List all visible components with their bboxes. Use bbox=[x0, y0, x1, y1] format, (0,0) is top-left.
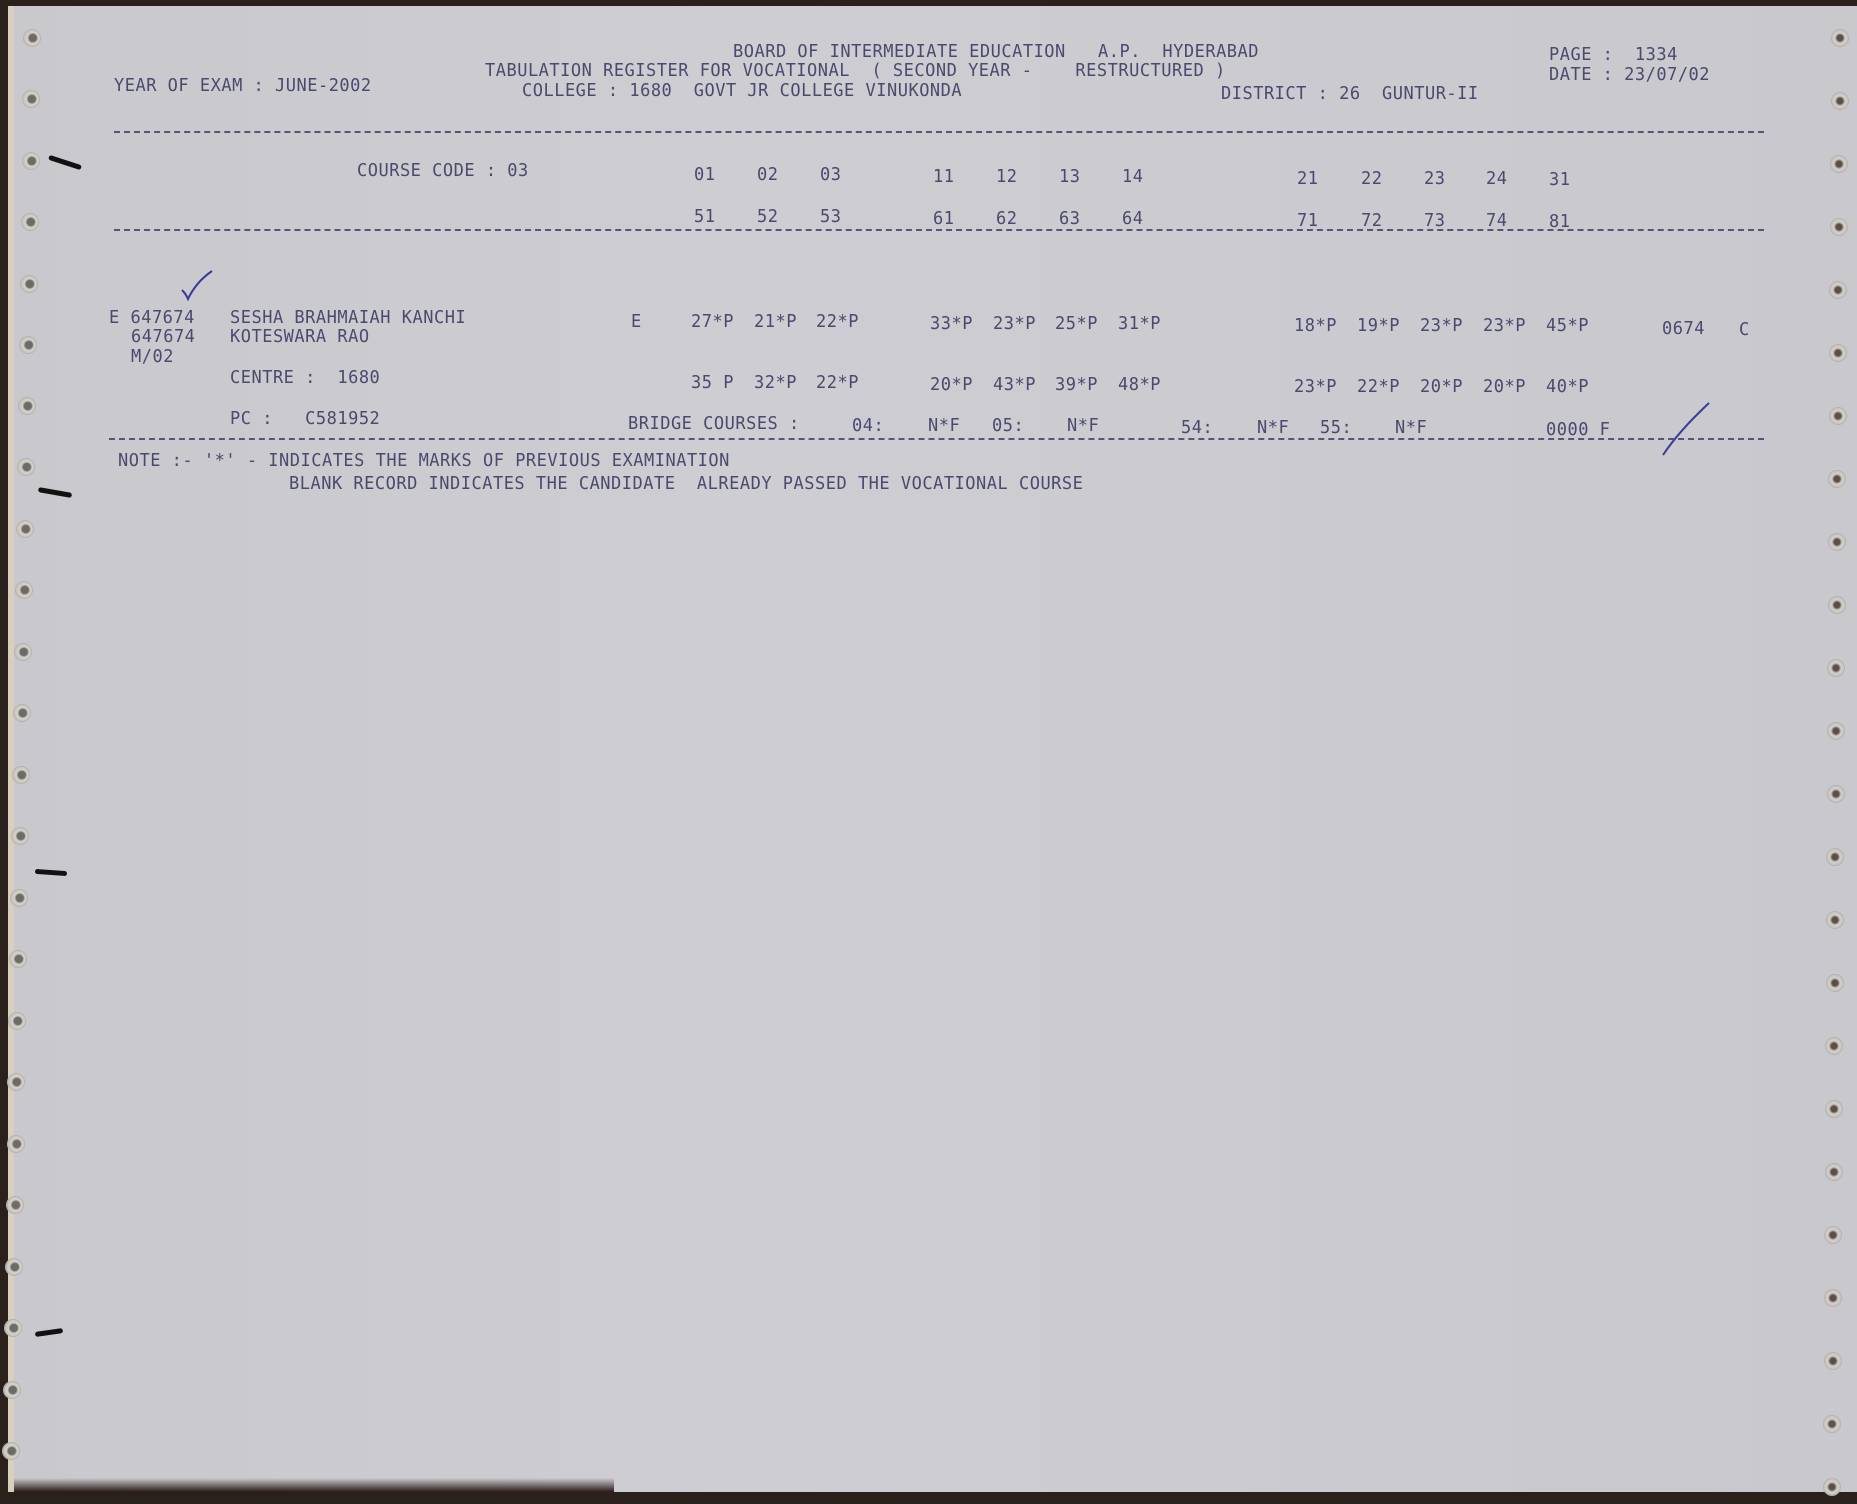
tractor-hole-icon bbox=[1826, 1164, 1842, 1180]
course-code: COURSE CODE : 03 bbox=[357, 163, 529, 181]
subject-code: 01 bbox=[694, 167, 715, 185]
tractor-hole-icon bbox=[1825, 1290, 1841, 1306]
course-header-divider bbox=[114, 229, 1764, 231]
bridge-total: 0000 F bbox=[1546, 422, 1610, 440]
subject-code: 63 bbox=[1059, 211, 1080, 229]
mark-cell: 22*P bbox=[816, 314, 859, 332]
subject-code: 62 bbox=[996, 211, 1017, 229]
tractor-hole-icon bbox=[19, 398, 35, 414]
subject-code: 24 bbox=[1486, 171, 1507, 189]
tractor-hole-icon bbox=[1828, 786, 1844, 802]
register-title: TABULATION REGISTER FOR VOCATIONAL ( SEC… bbox=[485, 63, 1226, 81]
tractor-hole-icon bbox=[23, 153, 39, 169]
candidate-code: M/02 bbox=[131, 349, 174, 367]
medium: E bbox=[631, 314, 642, 332]
tractor-hole-icon bbox=[16, 582, 32, 598]
tractor-hole-icon bbox=[3, 1443, 19, 1459]
record-divider bbox=[109, 438, 1764, 440]
subject-code: 03 bbox=[820, 167, 841, 185]
tractor-hole-icon bbox=[13, 767, 29, 783]
mark-cell: 20*P bbox=[1483, 379, 1526, 397]
bridge-course-result: N*F bbox=[1395, 420, 1427, 438]
mark-cell: 22*P bbox=[816, 375, 859, 393]
subject-code: 71 bbox=[1297, 213, 1318, 231]
tractor-hole-icon bbox=[1826, 1038, 1842, 1054]
mark-cell: 23*P bbox=[993, 316, 1036, 334]
tractor-hole-icon bbox=[8, 1136, 24, 1152]
subject-code: 21 bbox=[1297, 171, 1318, 189]
subject-code: 52 bbox=[757, 209, 778, 227]
mark-cell: 20*P bbox=[1420, 379, 1463, 397]
page-number: PAGE : 1334 bbox=[1549, 47, 1678, 65]
bridge-course-result: N*F bbox=[1257, 420, 1289, 438]
tractor-hole-icon bbox=[18, 459, 34, 475]
note-line1: NOTE :- '*' - INDICATES THE MARKS OF PRE… bbox=[118, 453, 730, 471]
subject-code: 74 bbox=[1486, 213, 1507, 231]
subject-code: 12 bbox=[996, 169, 1017, 187]
mark-cell: 20*P bbox=[930, 377, 973, 395]
bridge-course-code: 05: bbox=[992, 418, 1024, 436]
tractor-hole-icon bbox=[23, 91, 39, 107]
mark-cell: 21*P bbox=[754, 314, 797, 332]
mark-cell: 32*P bbox=[754, 375, 797, 393]
tractor-hole-icon bbox=[1829, 597, 1845, 613]
print-date: DATE : 23/07/02 bbox=[1549, 67, 1710, 85]
tractor-hole-icon bbox=[17, 521, 33, 537]
mark-cell: 27*P bbox=[691, 314, 734, 332]
mark-cell: 23*P bbox=[1294, 379, 1337, 397]
tractor-hole-icon bbox=[1827, 849, 1843, 865]
tractor-hole-icon bbox=[11, 890, 27, 906]
tractor-hole-icon bbox=[24, 30, 40, 46]
mark-cell: 23*P bbox=[1483, 318, 1526, 336]
subject-code: 23 bbox=[1424, 171, 1445, 189]
tractor-hole-icon bbox=[1824, 1416, 1840, 1432]
centre-info: CENTRE : 1680 bbox=[230, 370, 380, 388]
pen-checkmark-icon bbox=[178, 268, 218, 302]
subject-code: 22 bbox=[1361, 171, 1382, 189]
board-title: BOARD OF INTERMEDIATE EDUCATION A.P. HYD… bbox=[733, 44, 1259, 62]
mark-cell: 33*P bbox=[930, 316, 973, 334]
subject-code: 31 bbox=[1549, 172, 1570, 190]
year-of-exam: YEAR OF EXAM : JUNE-2002 bbox=[114, 78, 372, 96]
mark-cell: 23*P bbox=[1420, 318, 1463, 336]
candidate-name-line1: SESHA BRAHMAIAH KANCHI bbox=[230, 310, 466, 328]
mark-cell: 40*P bbox=[1546, 379, 1589, 397]
tabulation-sheet: BOARD OF INTERMEDIATE EDUCATION A.P. HYD… bbox=[8, 6, 1857, 1492]
tractor-hole-icon bbox=[1825, 1227, 1841, 1243]
tractor-hole-icon bbox=[5, 1320, 21, 1336]
mark-cell: 39*P bbox=[1055, 377, 1098, 395]
subject-code: 73 bbox=[1424, 213, 1445, 231]
tractor-hole-icon bbox=[1826, 1101, 1842, 1117]
mark-cell: 43*P bbox=[993, 377, 1036, 395]
bridge-course-result: N*F bbox=[928, 418, 960, 436]
subject-code: 61 bbox=[933, 211, 954, 229]
subject-code: 64 bbox=[1122, 211, 1143, 229]
tractor-hole-icon bbox=[4, 1382, 20, 1398]
subject-code: 14 bbox=[1122, 169, 1143, 187]
tractor-hole-icon bbox=[6, 1259, 22, 1275]
sheet-edge-shadow bbox=[14, 1478, 614, 1492]
bridge-course-code: 54: bbox=[1181, 420, 1213, 438]
note-line2: BLANK RECORD INDICATES THE CANDIDATE ALR… bbox=[289, 476, 1083, 494]
tractor-hole-icon bbox=[7, 1197, 23, 1213]
tractor-hole-icon bbox=[20, 337, 36, 353]
tractor-hole-icon bbox=[8, 1074, 24, 1090]
subject-code: 72 bbox=[1361, 213, 1382, 231]
bridge-course-code: 55: bbox=[1320, 420, 1352, 438]
tractor-hole-icon bbox=[9, 1013, 25, 1029]
tractor-hole-icon bbox=[1831, 156, 1847, 172]
tractor-hole-icon bbox=[1828, 723, 1844, 739]
bridge-course-code: 04: bbox=[852, 418, 884, 436]
subject-code: 53 bbox=[820, 209, 841, 227]
total-marks: 0674 bbox=[1662, 321, 1705, 339]
tractor-hole-icon bbox=[22, 214, 38, 230]
mark-cell: 19*P bbox=[1357, 318, 1400, 336]
tractor-hole-icon bbox=[1832, 30, 1848, 46]
mark-cell: 35 P bbox=[691, 375, 734, 393]
header-divider bbox=[114, 131, 1764, 133]
tractor-hole-icon bbox=[1827, 912, 1843, 928]
tractor-hole-icon bbox=[1825, 1353, 1841, 1369]
mark-cell: 45*P bbox=[1546, 318, 1589, 336]
candidate-reg-number: E 647674 bbox=[109, 310, 195, 328]
subject-code: 13 bbox=[1059, 169, 1080, 187]
candidate-name-line2: KOTESWARA RAO bbox=[230, 329, 370, 347]
subject-code: 11 bbox=[933, 169, 954, 187]
bridge-courses-label: BRIDGE COURSES : bbox=[628, 416, 800, 434]
bridge-course-result: N*F bbox=[1067, 418, 1099, 436]
tractor-hole-icon bbox=[1829, 471, 1845, 487]
pc-info: PC : C581952 bbox=[230, 411, 380, 429]
mark-cell: 48*P bbox=[1118, 377, 1161, 395]
subject-code: 02 bbox=[757, 167, 778, 185]
tractor-hole-icon bbox=[21, 276, 37, 292]
tractor-hole-icon bbox=[12, 828, 28, 844]
candidate-roll-number: 647674 bbox=[131, 329, 195, 347]
mark-cell: 22*P bbox=[1357, 379, 1400, 397]
tractor-hole-icon bbox=[1824, 1479, 1840, 1495]
mark-cell: 18*P bbox=[1294, 318, 1337, 336]
tractor-hole-icon bbox=[1830, 345, 1846, 361]
tractor-hole-icon bbox=[15, 644, 31, 660]
tractor-hole-icon bbox=[10, 951, 26, 967]
tractor-hole-icon bbox=[1830, 282, 1846, 298]
result-grade: C bbox=[1739, 322, 1750, 340]
tractor-hole-icon bbox=[1829, 534, 1845, 550]
tractor-hole-icon bbox=[1827, 975, 1843, 991]
tractor-hole-icon bbox=[14, 705, 30, 721]
district-info: DISTRICT : 26 GUNTUR-II bbox=[1221, 86, 1479, 104]
subject-code: 51 bbox=[694, 209, 715, 227]
tractor-hole-icon bbox=[1832, 93, 1848, 109]
college-info: COLLEGE : 1680 GOVT JR COLLEGE VINUKONDA bbox=[522, 83, 962, 101]
tractor-hole-icon bbox=[1831, 219, 1847, 235]
tractor-hole-icon bbox=[1828, 660, 1844, 676]
tractor-hole-icon bbox=[1830, 408, 1846, 424]
mark-cell: 31*P bbox=[1118, 316, 1161, 334]
pen-tick-icon bbox=[1659, 399, 1719, 459]
mark-cell: 25*P bbox=[1055, 316, 1098, 334]
